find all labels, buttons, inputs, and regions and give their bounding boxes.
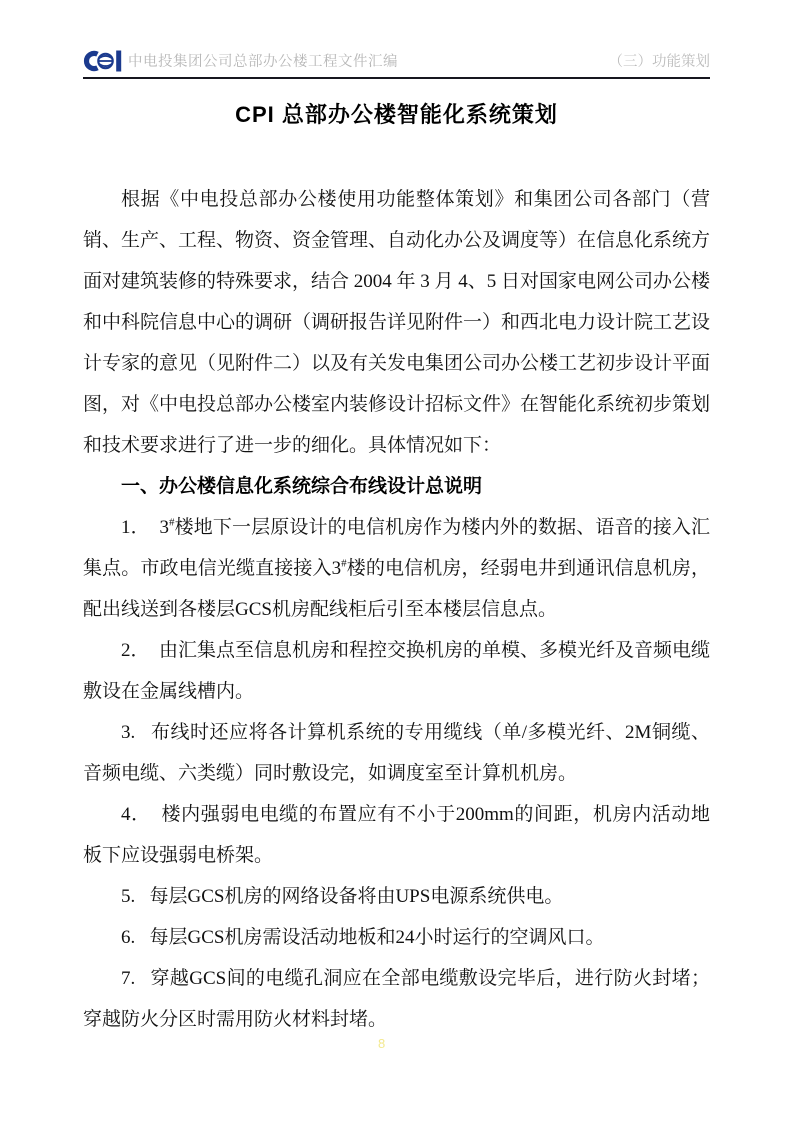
header-doc-title: 中电投集团公司总部办公楼工程文件汇编 [128, 52, 398, 72]
list-item-5: 5. 每层GCS机房的网络设备将由UPS电源系统供电。 [83, 876, 710, 917]
section-heading-1: 一、办公楼信息化系统综合布线设计总说明 [83, 466, 710, 507]
list-item-2: 2． 由汇集点至信息机房和程控交换机房的单模、多模光纤及音频电缆敷设在金属线槽内… [83, 630, 710, 712]
cpi-logo-swirl-3 [99, 64, 112, 66]
list-item-4: 4． 楼内强弱电电缆的布置应有不小于200mm的间距，机房内活动地板下应设强弱电… [83, 794, 710, 876]
header-section-label: （三）功能策划 [609, 52, 711, 72]
cpi-logo-swirl-1 [99, 56, 112, 58]
document-title: CPI 总部办公楼智能化系统策划 [83, 101, 710, 129]
watermark: 8 [378, 1036, 385, 1051]
document-body: 根据《中电投总部办公楼使用功能整体策划》和集团公司各部门（营销、生产、工程、物资… [83, 179, 710, 1040]
list-item-3: 3. 布线时还应将各计算机系统的专用缆线（单/多模光纤、2M铜缆、音频电缆、六类… [83, 712, 710, 794]
list-item-6: 6. 每层GCS机房需设活动地板和24小时运行的空调风口。 [83, 917, 710, 958]
document-page: 中电投集团公司总部办公楼工程文件汇编 （三）功能策划 CPI 总部办公楼智能化系… [0, 0, 793, 1122]
cpi-logo-bar [116, 51, 121, 72]
cpi-logo [83, 50, 123, 72]
paragraph-intro: 根据《中电投总部办公楼使用功能整体策划》和集团公司各部门（营销、生产、工程、物资… [83, 179, 710, 466]
list-item-7: 7. 穿越GCS间的电缆孔洞应在全部电缆敷设完毕后，进行防火封堵；穿越防火分区时… [83, 958, 710, 1040]
list-item-1-text-a: 1． 3 [121, 517, 169, 538]
page-header: 中电投集团公司总部办公楼工程文件汇编 （三）功能策划 [83, 50, 710, 79]
list-item-1: 1． 3#楼地下一层原设计的电信机房作为楼内外的数据、语音的接入汇集点。市政电信… [83, 507, 710, 630]
cpi-logo-c [87, 53, 98, 68]
